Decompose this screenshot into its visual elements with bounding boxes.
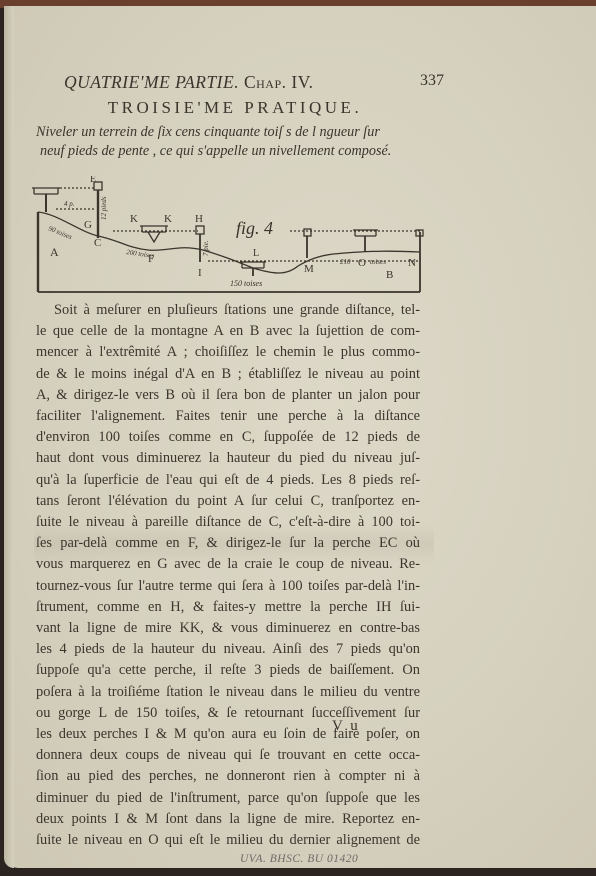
body-line: ſes par-delà comme en F, & dirigez-le ſu…	[36, 533, 420, 554]
part-title: QUATRIE'ME PARTIE.	[64, 72, 239, 92]
label-L: L	[253, 248, 259, 259]
body-line: les 4 pieds de la hauteur du niveau. Ain…	[36, 639, 420, 660]
label-H: H	[195, 213, 203, 225]
body-line: ſuite le niveau en O qui eſt le milieu d…	[36, 830, 420, 851]
chapter-label: Chap. IV.	[244, 72, 314, 92]
body-line: mencer à l'extrêmité A ; choiſiſſez le c…	[36, 342, 420, 363]
label-C: C	[94, 237, 101, 249]
body-line: vous marquerez en G avec de la craie le …	[36, 554, 420, 575]
annotation-210: 210	[340, 258, 351, 266]
library-stamp: UVA. BHSC. BU 01420	[240, 853, 358, 865]
annotation-90-toises: 90 toises	[47, 224, 73, 241]
figure-caption: fig. 4	[236, 218, 273, 238]
body-line: faciliter l'alignement. Faites tenir une…	[36, 406, 420, 427]
body-line: Soit à meſurer en pluſieurs ſtations une…	[36, 300, 420, 321]
body-line: A, & dirigez-le vers B où il ſera bon de…	[36, 385, 420, 406]
body-line: poſera à la troiſiéme ſtation le niveau …	[36, 682, 420, 703]
body-line: tournez-vous ſur l'autre terme qui ſera …	[36, 576, 420, 597]
running-head: QUATRIE'ME PARTIE. Chap. IV.	[64, 72, 313, 93]
label-G: G	[84, 219, 92, 231]
page-number: 337	[420, 72, 444, 90]
figure-4-leveling-diagram: E G C A K K H F I L M O N B fig. 4 4 p. …	[28, 176, 428, 294]
label-I: I	[198, 267, 202, 279]
catchword: V u	[332, 718, 360, 735]
body-line: ou gorge L de 150 toiſes, & ſe retournan…	[36, 703, 420, 724]
label-N: N	[408, 257, 416, 269]
annotation-12-pieds: 12 pieds	[100, 196, 108, 220]
body-line: d'environ 100 toiſes comme en C, ſuppoſé…	[36, 427, 420, 448]
body-line: donnera deux coups de niveau qui ſe trou…	[36, 745, 420, 766]
label-B: B	[386, 269, 393, 281]
body-line: les deux perches I & M qu'on aura eu ſoi…	[36, 724, 420, 745]
annotation-7-pieds: 7 pie.	[202, 240, 210, 256]
body-line: ſuite le niveau à pareille diſtance de C…	[36, 512, 420, 533]
body-line: ſion au pied des perches, ne donneront r…	[36, 766, 420, 787]
annotation-150-toises: 150 toises	[230, 279, 262, 288]
subtitle-line: neuf pieds de pente , ce qui s'appelle u…	[36, 142, 436, 161]
section-title: TROISIE'ME PRATIQUE.	[0, 98, 470, 118]
label-A: A	[50, 245, 59, 259]
body-line: haut dont vous diminuerez la hauteur du …	[36, 448, 420, 469]
body-line: ſtrument, comme en H, & faites-y mettre …	[36, 597, 420, 618]
label-M: M	[304, 263, 314, 275]
body-line: tans ſeront l'élévation du point A ſur c…	[36, 491, 420, 512]
body-line: le que celle de la montagne A en B avec …	[36, 321, 420, 342]
body-line: diminuer du pied de l'inſtrument, parce …	[36, 788, 420, 809]
label-E: E	[90, 176, 96, 185]
body-line: de & le moins inégal d'A en B ; établiſſ…	[36, 364, 420, 385]
page-gutter	[4, 6, 14, 868]
running-header: QUATRIE'ME PARTIE. Chap. IV. 337	[64, 72, 444, 94]
body-line: ſuppoſe qu'a cette perche, il reſte 3 pi…	[36, 660, 420, 681]
subtitle-line: Niveler un terrein de ſix cens cinquante…	[36, 123, 436, 142]
label-O: O	[358, 257, 366, 269]
body-line: vant la ligne de mire KK, & vous diminue…	[36, 618, 420, 639]
body-line: qu'à la ſuperficie de l'eau qui eſt de 4…	[36, 470, 420, 491]
body-paragraph: Soit à meſurer en pluſieurs ſtations une…	[36, 300, 420, 851]
annotation-toises: toises	[370, 258, 386, 266]
label-K-right: K	[164, 213, 172, 225]
label-K-left: K	[130, 213, 138, 225]
annotation-4-pieds: 4 p.	[64, 200, 75, 208]
section-subtitle: Niveler un terrein de ſix cens cinquante…	[36, 123, 436, 161]
body-line: deux points I & M ſont dans la ligne de …	[36, 809, 420, 830]
